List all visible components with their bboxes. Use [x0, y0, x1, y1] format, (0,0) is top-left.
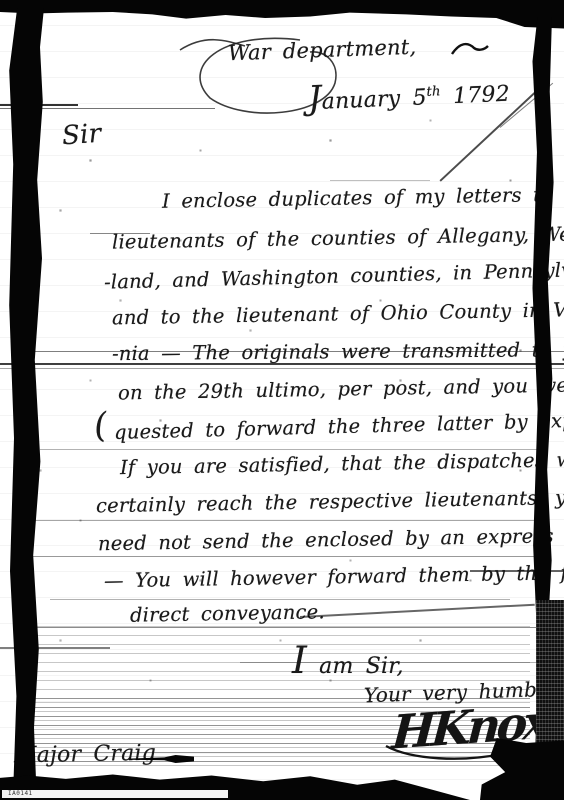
body-line: -land, and Washington counties, in Penns… [104, 257, 564, 293]
salutation: Sir [61, 119, 102, 152]
scan-line [50, 599, 510, 600]
scan-line [330, 180, 430, 181]
top-scan-edge [0, 0, 564, 30]
body-line: If you are satisfied, that the dispatche… [120, 448, 564, 479]
body-line: and to the lieutenant of Ohio County in … [112, 298, 564, 330]
body-line: -nia — The originals were transmitted to… [112, 338, 564, 365]
film-frame-label-strip: IA0141 [2, 790, 228, 798]
scan-line [15, 556, 545, 557]
body-line: I enclose duplicates of my letters to th… [162, 182, 564, 213]
body-line: need not send the enclosed by an express… [98, 524, 564, 555]
heading-office: War department, [228, 35, 417, 66]
body-line: quested to forward the three latter by e… [114, 407, 564, 444]
heading-date: January 5th 1792 [307, 70, 510, 118]
film-frame-label: IA0141 [2, 791, 33, 797]
heading-date-year: 1792 [453, 82, 511, 109]
closing-phrase: I am Sir, [292, 638, 404, 682]
heading-date-superscript: th [426, 84, 441, 100]
sentence-end-swash [300, 604, 535, 618]
scan-line [25, 520, 540, 521]
pen-check-mark [450, 40, 490, 58]
scan-line [0, 368, 564, 369]
body-line: lieutenants of the counties of Allegany,… [112, 221, 564, 253]
scanned-letter-page: War department, January 5th 1792 Sir I e… [0, 0, 564, 800]
heading-date-prefix: January 5 [308, 85, 428, 115]
body-line: direct conveyance. [130, 600, 325, 626]
body-line: — You will however forward them by the f… [104, 561, 564, 593]
body-line: on the 29th ultimo, per post, and you we… [118, 373, 564, 405]
margin-continuation-mark: ( [92, 405, 110, 446]
body-line: certainly reach the respective lieutenan… [96, 486, 564, 518]
